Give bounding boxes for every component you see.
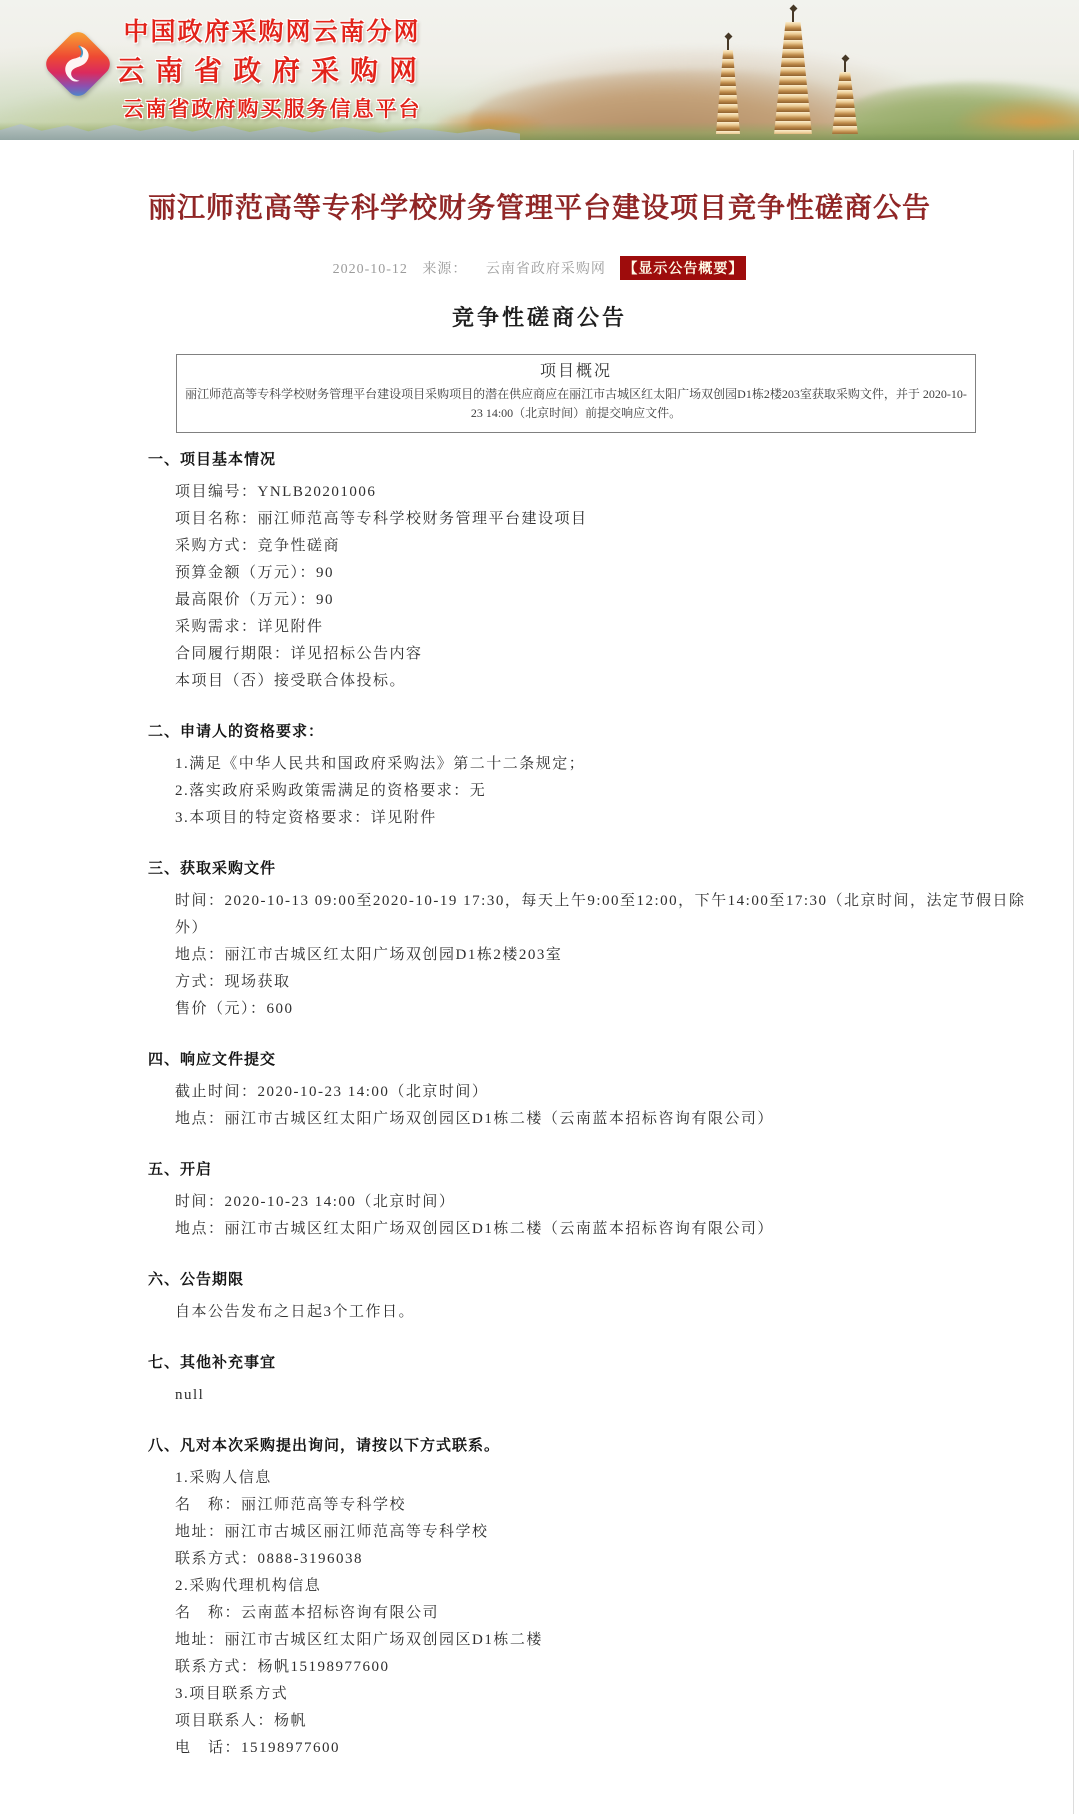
pagoda-center-icon — [771, 22, 815, 134]
announcement-article: 丽江师范高等专科学校财务管理平台建设项目竞争性磋商公告 2020-10-12 来… — [0, 192, 1079, 1814]
section-heading: 六、公告期限 — [148, 1269, 1079, 1290]
section-line: 采购方式：竞争性磋商 — [175, 533, 1041, 560]
section-line: 本项目（否）接受联合体投标。 — [175, 668, 1041, 695]
section-line: 方式：现场获取 — [175, 969, 1041, 996]
section-line: 时间：2020-10-23 14:00（北京时间） — [175, 1189, 1041, 1216]
announcement-title: 丽江师范高等专科学校财务管理平台建设项目竞争性磋商公告 — [30, 192, 1049, 226]
section-1-basic-info: 一、项目基本情况 项目编号：YNLB20201006 项目名称：丽江师范高等专科… — [0, 449, 1079, 695]
section-line: 3.本项目的特定资格要求：详见附件 — [175, 805, 1041, 832]
section-line: 地点：丽江市古城区红太阳广场双创园区D1栋二楼（云南蓝本招标咨询有限公司） — [175, 1106, 1041, 1133]
section-line: 项目名称：丽江师范高等专科学校财务管理平台建设项目 — [175, 506, 1041, 533]
section-4-response-submission: 四、响应文件提交 截止时间：2020-10-23 14:00（北京时间） 地点：… — [0, 1049, 1079, 1133]
section-8-contacts: 八、凡对本次采购提出询问，请按以下方式联系。 1.采购人信息 名 称：丽江师范高… — [0, 1435, 1079, 1762]
section-line: 时间：2020-10-13 09:00至2020-10-19 17:30，每天上… — [175, 888, 1041, 942]
pagoda-right-icon — [830, 72, 860, 134]
section-line: 预算金额（万元）：90 — [175, 560, 1041, 587]
banner-title-line1: 中国政府采购网云南分网 — [112, 14, 432, 52]
section-heading: 四、响应文件提交 — [148, 1049, 1079, 1070]
section-line: 2.落实政府采购政策需满足的资格要求：无 — [175, 778, 1041, 805]
section-line: 联系方式：0888-3196038 — [175, 1546, 1041, 1573]
project-overview-text: 丽江师范高等专科学校财务管理平台建设项目采购项目的潜在供应商应在丽江市古城区红太… — [185, 385, 967, 423]
section-line: null — [175, 1382, 1041, 1409]
section-heading: 三、获取采购文件 — [148, 858, 1079, 879]
announcement-subtitle: 竞争性磋商公告 — [0, 304, 1079, 332]
banner-title-line3: 云南省政府购买服务信息平台 — [112, 92, 432, 126]
section-line: 地址：丽江市古城区红太阳广场双创园区D1栋二楼 — [175, 1627, 1041, 1654]
section-6-announcement-period: 六、公告期限 自本公告发布之日起3个工作日。 — [0, 1269, 1079, 1326]
section-line: 地址：丽江市古城区丽江师范高等专科学校 — [175, 1519, 1041, 1546]
section-line: 项目编号：YNLB20201006 — [175, 479, 1041, 506]
section-line: 名 称：云南蓝本招标咨询有限公司 — [175, 1600, 1041, 1627]
banner-far-mountains — [420, 48, 980, 140]
section-line: 项目联系人：杨帆 — [175, 1708, 1041, 1735]
content-right-border — [1073, 150, 1074, 1814]
meta-row: 2020-10-12 来源： 云南省政府采购网 【显示公告概要】 — [0, 256, 1079, 280]
section-line: 2.采购代理机构信息 — [175, 1573, 1041, 1600]
section-5-opening: 五、开启 时间：2020-10-23 14:00（北京时间） 地点：丽江市古城区… — [0, 1159, 1079, 1243]
banner-orange-bush — [430, 108, 550, 140]
section-line: 1.采购人信息 — [175, 1465, 1041, 1492]
section-heading: 一、项目基本情况 — [148, 449, 1079, 470]
peacock-swirl-icon — [40, 26, 116, 102]
section-line: 最高限价（万元）：90 — [175, 587, 1041, 614]
section-line: 采购需求：详见附件 — [175, 614, 1041, 641]
section-2-qualification: 二、申请人的资格要求： 1.满足《中华人民共和国政府采购法》第二十二条规定； 2… — [0, 721, 1079, 832]
source-label: 来源： — [422, 262, 467, 277]
section-line: 地点：丽江市古城区红太阳广场双创园D1栋2楼203室 — [175, 942, 1041, 969]
section-heading: 五、开启 — [148, 1159, 1079, 1180]
pagoda-left-icon — [714, 50, 742, 134]
section-line: 合同履行期限：详见招标公告内容 — [175, 641, 1041, 668]
section-heading: 二、申请人的资格要求： — [148, 721, 1079, 742]
page: 中国政府采购网云南分网 云南省政府采购网 云南省政府购买服务信息平台 丽江师范高… — [0, 0, 1079, 1814]
section-line: 电 话：15198977600 — [175, 1735, 1041, 1762]
section-line: 3.项目联系方式 — [175, 1681, 1041, 1708]
section-heading: 八、凡对本次采购提出询问，请按以下方式联系。 — [148, 1435, 1079, 1456]
publish-date: 2020-10-12 — [333, 262, 408, 277]
source-name: 云南省政府采购网 — [486, 262, 606, 277]
banner-old-town-roofs — [0, 124, 520, 140]
section-line: 售价（元）：600 — [175, 996, 1041, 1023]
show-summary-button[interactable]: 【显示公告概要】 — [620, 256, 746, 280]
section-line: 自本公告发布之日起3个工作日。 — [175, 1299, 1041, 1326]
site-banner: 中国政府采购网云南分网 云南省政府采购网 云南省政府购买服务信息平台 — [0, 0, 1079, 140]
project-overview-box: 项目概况 丽江师范高等专科学校财务管理平台建设项目采购项目的潜在供应商应在丽江市… — [176, 354, 976, 433]
banner-green-ridge — [840, 82, 1079, 140]
section-3-obtain-documents: 三、获取采购文件 时间：2020-10-13 09:00至2020-10-19 … — [0, 858, 1079, 1023]
project-overview-title: 项目概况 — [185, 360, 967, 384]
banner-title-line2: 云南省政府采购网 — [112, 52, 432, 92]
section-line: 1.满足《中华人民共和国政府采购法》第二十二条规定； — [175, 751, 1041, 778]
section-7-other-matters: 七、其他补充事宜 null — [0, 1352, 1079, 1409]
section-line: 截止时间：2020-10-23 14:00（北京时间） — [175, 1079, 1041, 1106]
banner-orange-field — [950, 95, 1079, 140]
banner-wordmark: 中国政府采购网云南分网 云南省政府采购网 云南省政府购买服务信息平台 — [112, 14, 432, 126]
section-line: 地点：丽江市古城区红太阳广场双创园区D1栋二楼（云南蓝本招标咨询有限公司） — [175, 1216, 1041, 1243]
section-heading: 七、其他补充事宜 — [148, 1352, 1079, 1373]
section-line: 联系方式：杨帆15198977600 — [175, 1654, 1041, 1681]
section-line: 名 称：丽江师范高等专科学校 — [175, 1492, 1041, 1519]
